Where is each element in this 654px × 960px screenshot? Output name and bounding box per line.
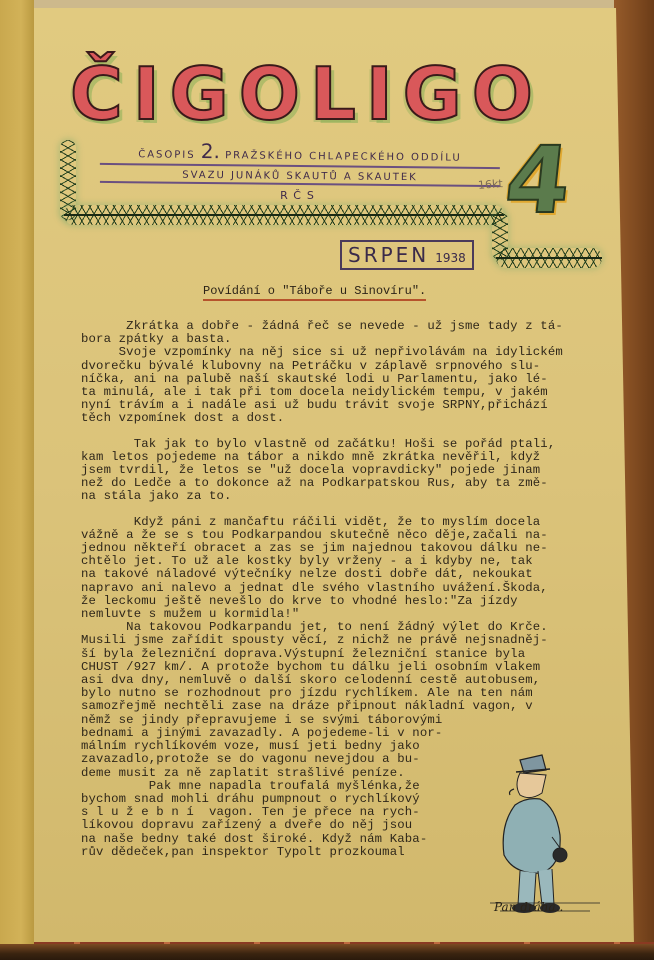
fir-branch-icon (64, 205, 504, 225)
date-year: 1938 (435, 251, 466, 265)
issue-date: SRPEN 1938 (340, 240, 474, 270)
title-letter: L (310, 58, 358, 130)
conductor-illustration (490, 745, 610, 920)
masthead-subtitle: ČASOPIS 2. PRAŽSKÉHO CHLAPECKÉHO ODDÍLU … (100, 140, 500, 202)
title-letter: O (472, 58, 535, 130)
subtitle-line-3: RČS (100, 189, 500, 202)
subtitle-line-2: SVAZU JUNÁKŮ SKAUTŮ A SKAUTEK (100, 169, 500, 187)
masthead-title: Č I G O L I G O (70, 40, 590, 130)
title-letter: Č (70, 58, 125, 130)
article-title: Povídání o "Táboře u Sinovíru". (203, 284, 426, 301)
fir-branch-icon (496, 248, 602, 268)
page-top-edge (34, 0, 614, 9)
title-letter: G (170, 58, 231, 130)
title-letter: O (239, 58, 302, 130)
title-letter: I (366, 58, 395, 130)
illustration-caption: Pan dráha.. (494, 900, 563, 914)
binder-edge (0, 0, 36, 960)
paragraph-2: Tak jak to bylo vlastně od začátku! Hoši… (81, 438, 626, 504)
issue-number: 4 (501, 135, 575, 227)
title-letter: G (403, 58, 464, 130)
pencil-annotation: 16kt (478, 177, 504, 192)
title-letter: I (133, 58, 162, 130)
date-month: SRPEN (348, 243, 429, 267)
subtitle-line-1: ČASOPIS 2. PRAŽSKÉHO CHLAPECKÉHO ODDÍLU (100, 138, 500, 169)
binding-shadow (0, 944, 654, 960)
conductor-figure-icon (490, 755, 600, 913)
paragraph-1: Zkrátka a dobře - žádná řeč se nevede - … (81, 320, 626, 426)
